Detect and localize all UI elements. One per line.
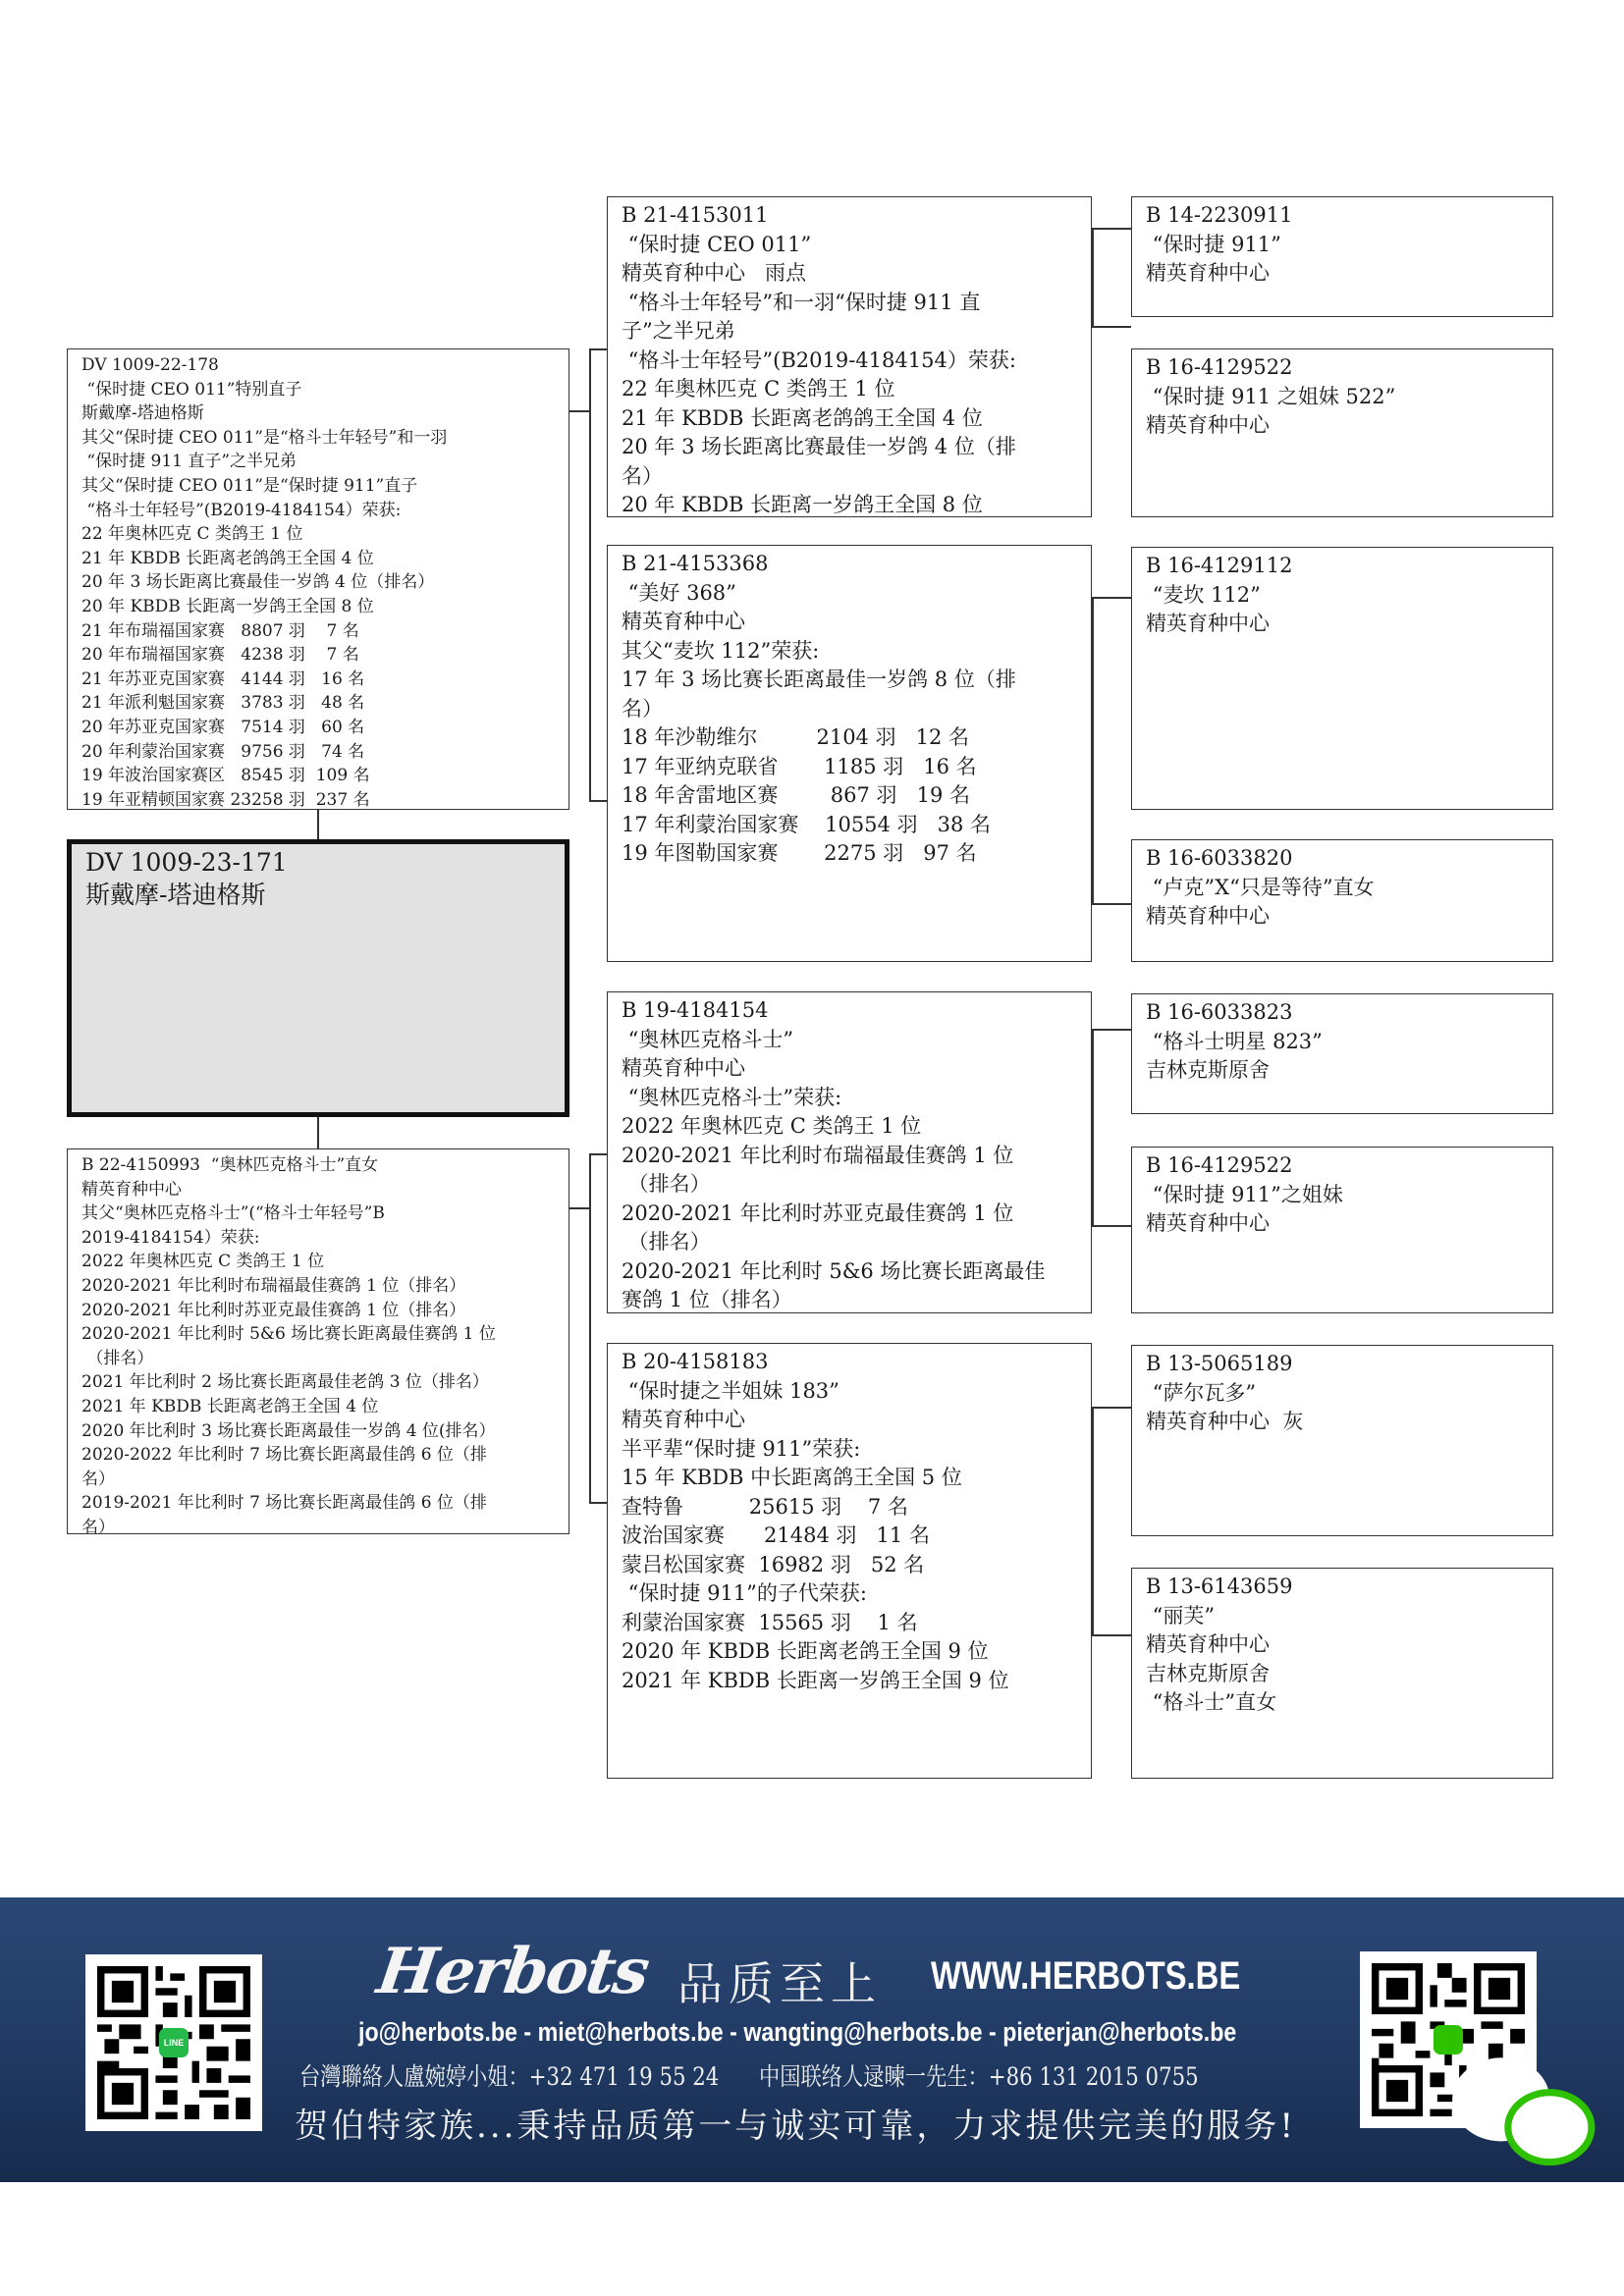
- card-line: 2020-2022 年比利时 7 场比赛长距离最佳鸽 6 位（排: [81, 1443, 568, 1468]
- connector: [1092, 1407, 1131, 1409]
- card-line: 子”之半兄弟: [622, 317, 1091, 347]
- ring-number: B 19-4184154: [622, 996, 1091, 1026]
- line-qr-code[interactable]: LINE: [85, 1954, 262, 2131]
- card-line: 精英育种中心: [1146, 1209, 1552, 1239]
- card-line: 21 年 KBDB 长距离老鸽鸽王全国 4 位: [622, 404, 1091, 434]
- card-line: 精英育种中心: [1146, 610, 1552, 639]
- card-line: 18 年沙勒维尔 2104 羽 12 名: [622, 723, 1091, 753]
- card-line: “格斗士明星 823”: [1146, 1028, 1552, 1057]
- connector: [1092, 1407, 1094, 1634]
- granddam-paternal-card: B 21-4153368 “美好 368” 精英育种中心 其父“麦坎 112”荣…: [607, 545, 1092, 962]
- card-line: 15 年 KBDB 中长距离鸽王全国 5 位: [622, 1464, 1091, 1493]
- website-link[interactable]: WWW.HERBOTS.BE: [931, 1954, 1240, 1999]
- dam-card: B 22-4150993 “奥林匹克格斗士”直女 精英育种中心 其父“奥林匹克格…: [67, 1148, 569, 1534]
- card-line: （排名）: [622, 1228, 1091, 1257]
- sire-card: DV 1009-22-178 “保时捷 CEO 011”特别直子 斯戴摩-塔迪格…: [67, 348, 569, 810]
- card-line: 斯戴摩-塔迪格斯: [81, 401, 568, 426]
- card-line: “保时捷 911”的子代荣获:: [622, 1579, 1091, 1609]
- card-line: 精英育种中心: [1146, 902, 1552, 932]
- wechat-icon: [1434, 2025, 1463, 2055]
- card-line: “保时捷之半姐妹 183”: [622, 1377, 1091, 1407]
- card-line: “格斗士年轻号”(B2019-4184154）荣获:: [81, 499, 568, 523]
- card-line: 20 年苏亚克国家赛 7514 羽 60 名: [81, 716, 568, 740]
- card-line: “格斗士年轻号”(B2019-4184154）荣获:: [622, 347, 1091, 376]
- card-line: 名）: [622, 695, 1091, 724]
- card-line: 22 年奥林匹克 C 类鸽王 1 位: [622, 375, 1091, 404]
- connector: [1092, 1634, 1131, 1636]
- card-line: 2020 年比利时 3 场比赛长距离最佳一岁鸽 4 位(排名）: [81, 1419, 568, 1444]
- card-line: 2020-2021 年比利时苏亚克最佳赛鸽 1 位（排名）: [81, 1299, 568, 1323]
- card-line: 精英育种中心: [1146, 1630, 1552, 1660]
- card-line: 名）: [81, 1516, 568, 1540]
- card-line: 22 年奥林匹克 C 类鸽王 1 位: [81, 522, 568, 547]
- card-line: 20 年布瑞福国家赛 4238 羽 7 名: [81, 643, 568, 667]
- card-line: 名）: [81, 1468, 568, 1492]
- footer-banner: LINE Herbots 品质至上 WWW.HERBOTS.BE jo@herb…: [0, 1897, 1624, 2182]
- slogan: 品质至上: [677, 1949, 882, 2013]
- contact-taiwan: 台灣聯絡人盧婉婷小姐：+32 471 19 55 24: [299, 2062, 719, 2091]
- ring-number: B 20-4158183: [622, 1348, 1091, 1377]
- ring-number: DV 1009-22-178: [81, 353, 568, 378]
- connector: [1092, 1029, 1131, 1031]
- card-line: 2020 年 KBDB 长距离老鸽王全国 9 位: [622, 1637, 1091, 1667]
- card-line: 其父“麦坎 112”荣获:: [622, 637, 1091, 667]
- contact-info: 台灣聯絡人盧婉婷小姐：+32 471 19 55 24 中国联络人逯暕一先生：+…: [299, 2057, 1232, 2093]
- card-line: 吉林克斯原舍: [1146, 1660, 1552, 1689]
- connector: [1092, 228, 1094, 326]
- card-line: “奥林匹克格斗士”: [622, 1026, 1091, 1055]
- ring-number: B 16-6033820: [1146, 844, 1552, 874]
- card-line: “保时捷 CEO 011”特别直子: [81, 378, 568, 402]
- card-line: 2020-2021 年比利时苏亚克最佳赛鸽 1 位: [622, 1200, 1091, 1229]
- ancestor-card: B 13-6143659 “丽芙” 精英育种中心 吉林克斯原舍 “格斗士”直女: [1131, 1568, 1553, 1779]
- card-line: 查特鲁 25615 羽 7 名: [622, 1493, 1091, 1522]
- grandsire-paternal-card: B 21-4153011 “保时捷 CEO 011” 精英育种中心 雨点 “格斗…: [607, 196, 1092, 517]
- card-line: 2020-2021 年比利时 5&6 场比赛长距离最佳: [622, 1257, 1091, 1287]
- ancestor-card: B 14-2230911 “保时捷 911” 精英育种中心: [1131, 196, 1553, 317]
- card-line: 精英育种中心: [81, 1178, 568, 1202]
- card-line: 其父“保时捷 CEO 011”是“格斗士年轻号”和一羽: [81, 426, 568, 451]
- card-line: 精英育种中心 灰: [1146, 1408, 1552, 1437]
- card-line: 2020-2021 年比利时布瑞福最佳赛鸽 1 位（排名）: [81, 1274, 568, 1299]
- ring-number: B 16-6033823: [1146, 998, 1552, 1028]
- connector: [1092, 597, 1131, 599]
- card-line: 赛鸽 1 位（排名）: [622, 1286, 1091, 1315]
- card-line: 21 年布瑞福国家赛 8807 羽 7 名: [81, 619, 568, 644]
- card-line: “麦坎 112”: [1146, 581, 1552, 611]
- card-line: “萨尔瓦多”: [1146, 1379, 1552, 1409]
- connector: [589, 348, 607, 350]
- ring-number: B 13-6143659: [1146, 1573, 1552, 1602]
- card-line: 2020-2021 年比利时布瑞福最佳赛鸽 1 位: [622, 1142, 1091, 1171]
- connector: [589, 348, 591, 800]
- granddam-maternal-card: B 20-4158183 “保时捷之半姐妹 183” 精英育种中心 半平辈“保时…: [607, 1343, 1092, 1779]
- connector: [589, 1153, 591, 1502]
- ancestor-card: B 16-4129522 “保时捷 911”之姐妹 精英育种中心: [1131, 1147, 1553, 1313]
- ring-number: B 21-4153011: [622, 201, 1091, 231]
- connector: [569, 410, 589, 412]
- card-line: 21 年苏亚克国家赛 4144 羽 16 名: [81, 667, 568, 692]
- card-line: 其父“奥林匹克格斗士”(“格斗士年轻号”B: [81, 1201, 568, 1226]
- card-line: 21 年 KBDB 长距离老鸽鸽王全国 4 位: [81, 547, 568, 571]
- card-line: “丽芙”: [1146, 1602, 1552, 1631]
- card-line: 精英育种中心: [1146, 259, 1552, 289]
- ancestor-card: B 13-5065189 “萨尔瓦多” 精英育种中心 灰: [1131, 1345, 1553, 1536]
- card-line: “保时捷 911 之姐妹 522”: [1146, 383, 1552, 412]
- connector: [1092, 597, 1094, 903]
- chat-bubbles-icon: [1445, 2037, 1598, 2190]
- connector: [1092, 903, 1131, 905]
- card-line: 17 年利蒙治国家赛 10554 羽 38 名: [622, 811, 1091, 840]
- card-line: 19 年亚精顿国家赛 23258 羽 237 名: [81, 788, 568, 813]
- card-line: “保时捷 911”之姐妹: [1146, 1181, 1552, 1210]
- card-line: 18 年舍雷地区赛 867 羽 19 名: [622, 781, 1091, 811]
- ring-number: B 16-4129522: [1146, 353, 1552, 383]
- card-line: “保时捷 911”: [1146, 231, 1552, 260]
- card-line: 2021 年 KBDB 长距离一岁鸽王全国 9 位: [622, 1667, 1091, 1696]
- motto: 贺伯特家族...秉持品质第一与诚实可靠，力求提供完美的服务!: [295, 2099, 1296, 2147]
- card-line: 利蒙治国家赛 15565 羽 1 名: [622, 1609, 1091, 1638]
- connector: [1092, 1029, 1094, 1225]
- email-links[interactable]: jo@herbots.be - miet@herbots.be - wangti…: [358, 2017, 1236, 2048]
- wechat-qr-code[interactable]: [1360, 1951, 1537, 2128]
- subject-card: DV 1009-23-171 斯戴摩-塔迪格斯: [67, 839, 569, 1117]
- ring-number: DV 1009-23-171: [85, 846, 565, 879]
- grandsire-maternal-card: B 19-4184154 “奥林匹克格斗士” 精英育种中心 “奥林匹克格斗士”荣…: [607, 991, 1092, 1313]
- card-line: 20 年 KBDB 长距离一岁鸽王全国 8 位: [81, 595, 568, 619]
- ring-number: B 16-4129112: [1146, 552, 1552, 581]
- card-line: “美好 368”: [622, 579, 1091, 609]
- card-line: 19 年图勒国家赛 2275 羽 97 名: [622, 839, 1091, 869]
- connector: [1092, 228, 1131, 230]
- line-icon: LINE: [159, 2028, 189, 2057]
- connector: [589, 1153, 607, 1155]
- card-line: 19 年波治国家赛区 8545 羽 109 名: [81, 764, 568, 788]
- card-line: 20 年利蒙治国家赛 9756 羽 74 名: [81, 740, 568, 765]
- card-line: 17 年 3 场比赛长距离最佳一岁鸽 8 位（排: [622, 666, 1091, 695]
- card-line: 波治国家赛 21484 羽 11 名: [622, 1522, 1091, 1551]
- card-line: 2019-4184154）荣获:: [81, 1226, 568, 1251]
- card-line: 名）: [622, 462, 1091, 492]
- ring-number: B 13-5065189: [1146, 1350, 1552, 1379]
- ancestor-card: B 16-4129112 “麦坎 112” 精英育种中心: [1131, 547, 1553, 810]
- connector: [569, 1207, 589, 1209]
- card-line: 其父“保时捷 CEO 011”是“保时捷 911”直子: [81, 474, 568, 499]
- card-line: 精英育种中心 雨点: [622, 259, 1091, 289]
- card-line: 2019-2021 年比利时 7 场比赛长距离最佳鸽 6 位（排: [81, 1491, 568, 1516]
- ring-number: B 16-4129522: [1146, 1151, 1552, 1181]
- card-line: 17 年亚纳克联省 1185 羽 16 名: [622, 753, 1091, 782]
- card-line: 2022 年奥林匹克 C 类鸽王 1 位: [81, 1250, 568, 1274]
- ring-number: B 21-4153368: [622, 550, 1091, 579]
- connector: [589, 800, 607, 802]
- card-line: 21 年派利魁国家赛 3783 羽 48 名: [81, 691, 568, 716]
- card-line: （排名）: [622, 1170, 1091, 1200]
- herbots-logo: Herbots: [373, 1935, 652, 2008]
- card-line: 20 年 KBDB 长距离一岁鸽王全国 8 位: [622, 491, 1091, 520]
- connector: [317, 1117, 319, 1148]
- card-line: 精英育种中心: [1146, 411, 1552, 441]
- contact-china: 中国联络人逯暕一先生：+86 131 2015 0755: [759, 2062, 1199, 2091]
- connector: [589, 1502, 607, 1504]
- card-line: 20 年 3 场长距离比赛最佳一岁鸽 4 位（排: [622, 433, 1091, 462]
- connector: [1092, 1225, 1131, 1227]
- card-line: “格斗士”直女: [1146, 1688, 1552, 1718]
- card-line: 精英育种中心: [622, 608, 1091, 637]
- card-line: 半平辈“保时捷 911”荣获:: [622, 1435, 1091, 1465]
- card-line: “奥林匹克格斗士”荣获:: [622, 1084, 1091, 1113]
- ancestor-card: B 16-6033823 “格斗士明星 823” 吉林克斯原舍: [1131, 993, 1553, 1114]
- card-line: 20 年 3 场长距离比赛最佳一岁鸽 4 位（排名）: [81, 570, 568, 595]
- ring-number: B 22-4150993 “奥林匹克格斗士”直女: [81, 1153, 568, 1178]
- ancestor-card: B 16-4129522 “保时捷 911 之姐妹 522” 精英育种中心: [1131, 348, 1553, 517]
- card-line: “格斗士年轻号”和一羽“保时捷 911 直: [622, 289, 1091, 318]
- ancestor-card: B 16-6033820 “卢克”X“只是等待”直女 精英育种中心: [1131, 839, 1553, 962]
- card-line: （排名）: [81, 1347, 568, 1371]
- card-line: 2021 年 KBDB 长距离老鸽王全国 4 位: [81, 1395, 568, 1419]
- card-line: “卢克”X“只是等待”直女: [1146, 874, 1552, 903]
- card-line: 吉林克斯原舍: [1146, 1056, 1552, 1086]
- ring-number: B 14-2230911: [1146, 201, 1552, 231]
- card-line: 精英育种中心: [622, 1054, 1091, 1084]
- card-line: 2020-2021 年比利时 5&6 场比赛长距离最佳赛鸽 1 位: [81, 1322, 568, 1347]
- card-line: “保时捷 911 直子”之半兄弟: [81, 450, 568, 474]
- breeder-name: 斯戴摩-塔迪格斯: [85, 879, 565, 911]
- card-line: 2022 年奥林匹克 C 类鸽王 1 位: [622, 1112, 1091, 1142]
- card-line: “保时捷 CEO 011”: [622, 231, 1091, 260]
- connector: [1092, 326, 1131, 328]
- card-line: 蒙吕松国家赛 16982 羽 52 名: [622, 1551, 1091, 1580]
- connector: [317, 810, 319, 839]
- card-line: 精英育种中心: [622, 1406, 1091, 1435]
- card-line: 2021 年比利时 2 场比赛长距离最佳老鸽 3 位（排名）: [81, 1370, 568, 1395]
